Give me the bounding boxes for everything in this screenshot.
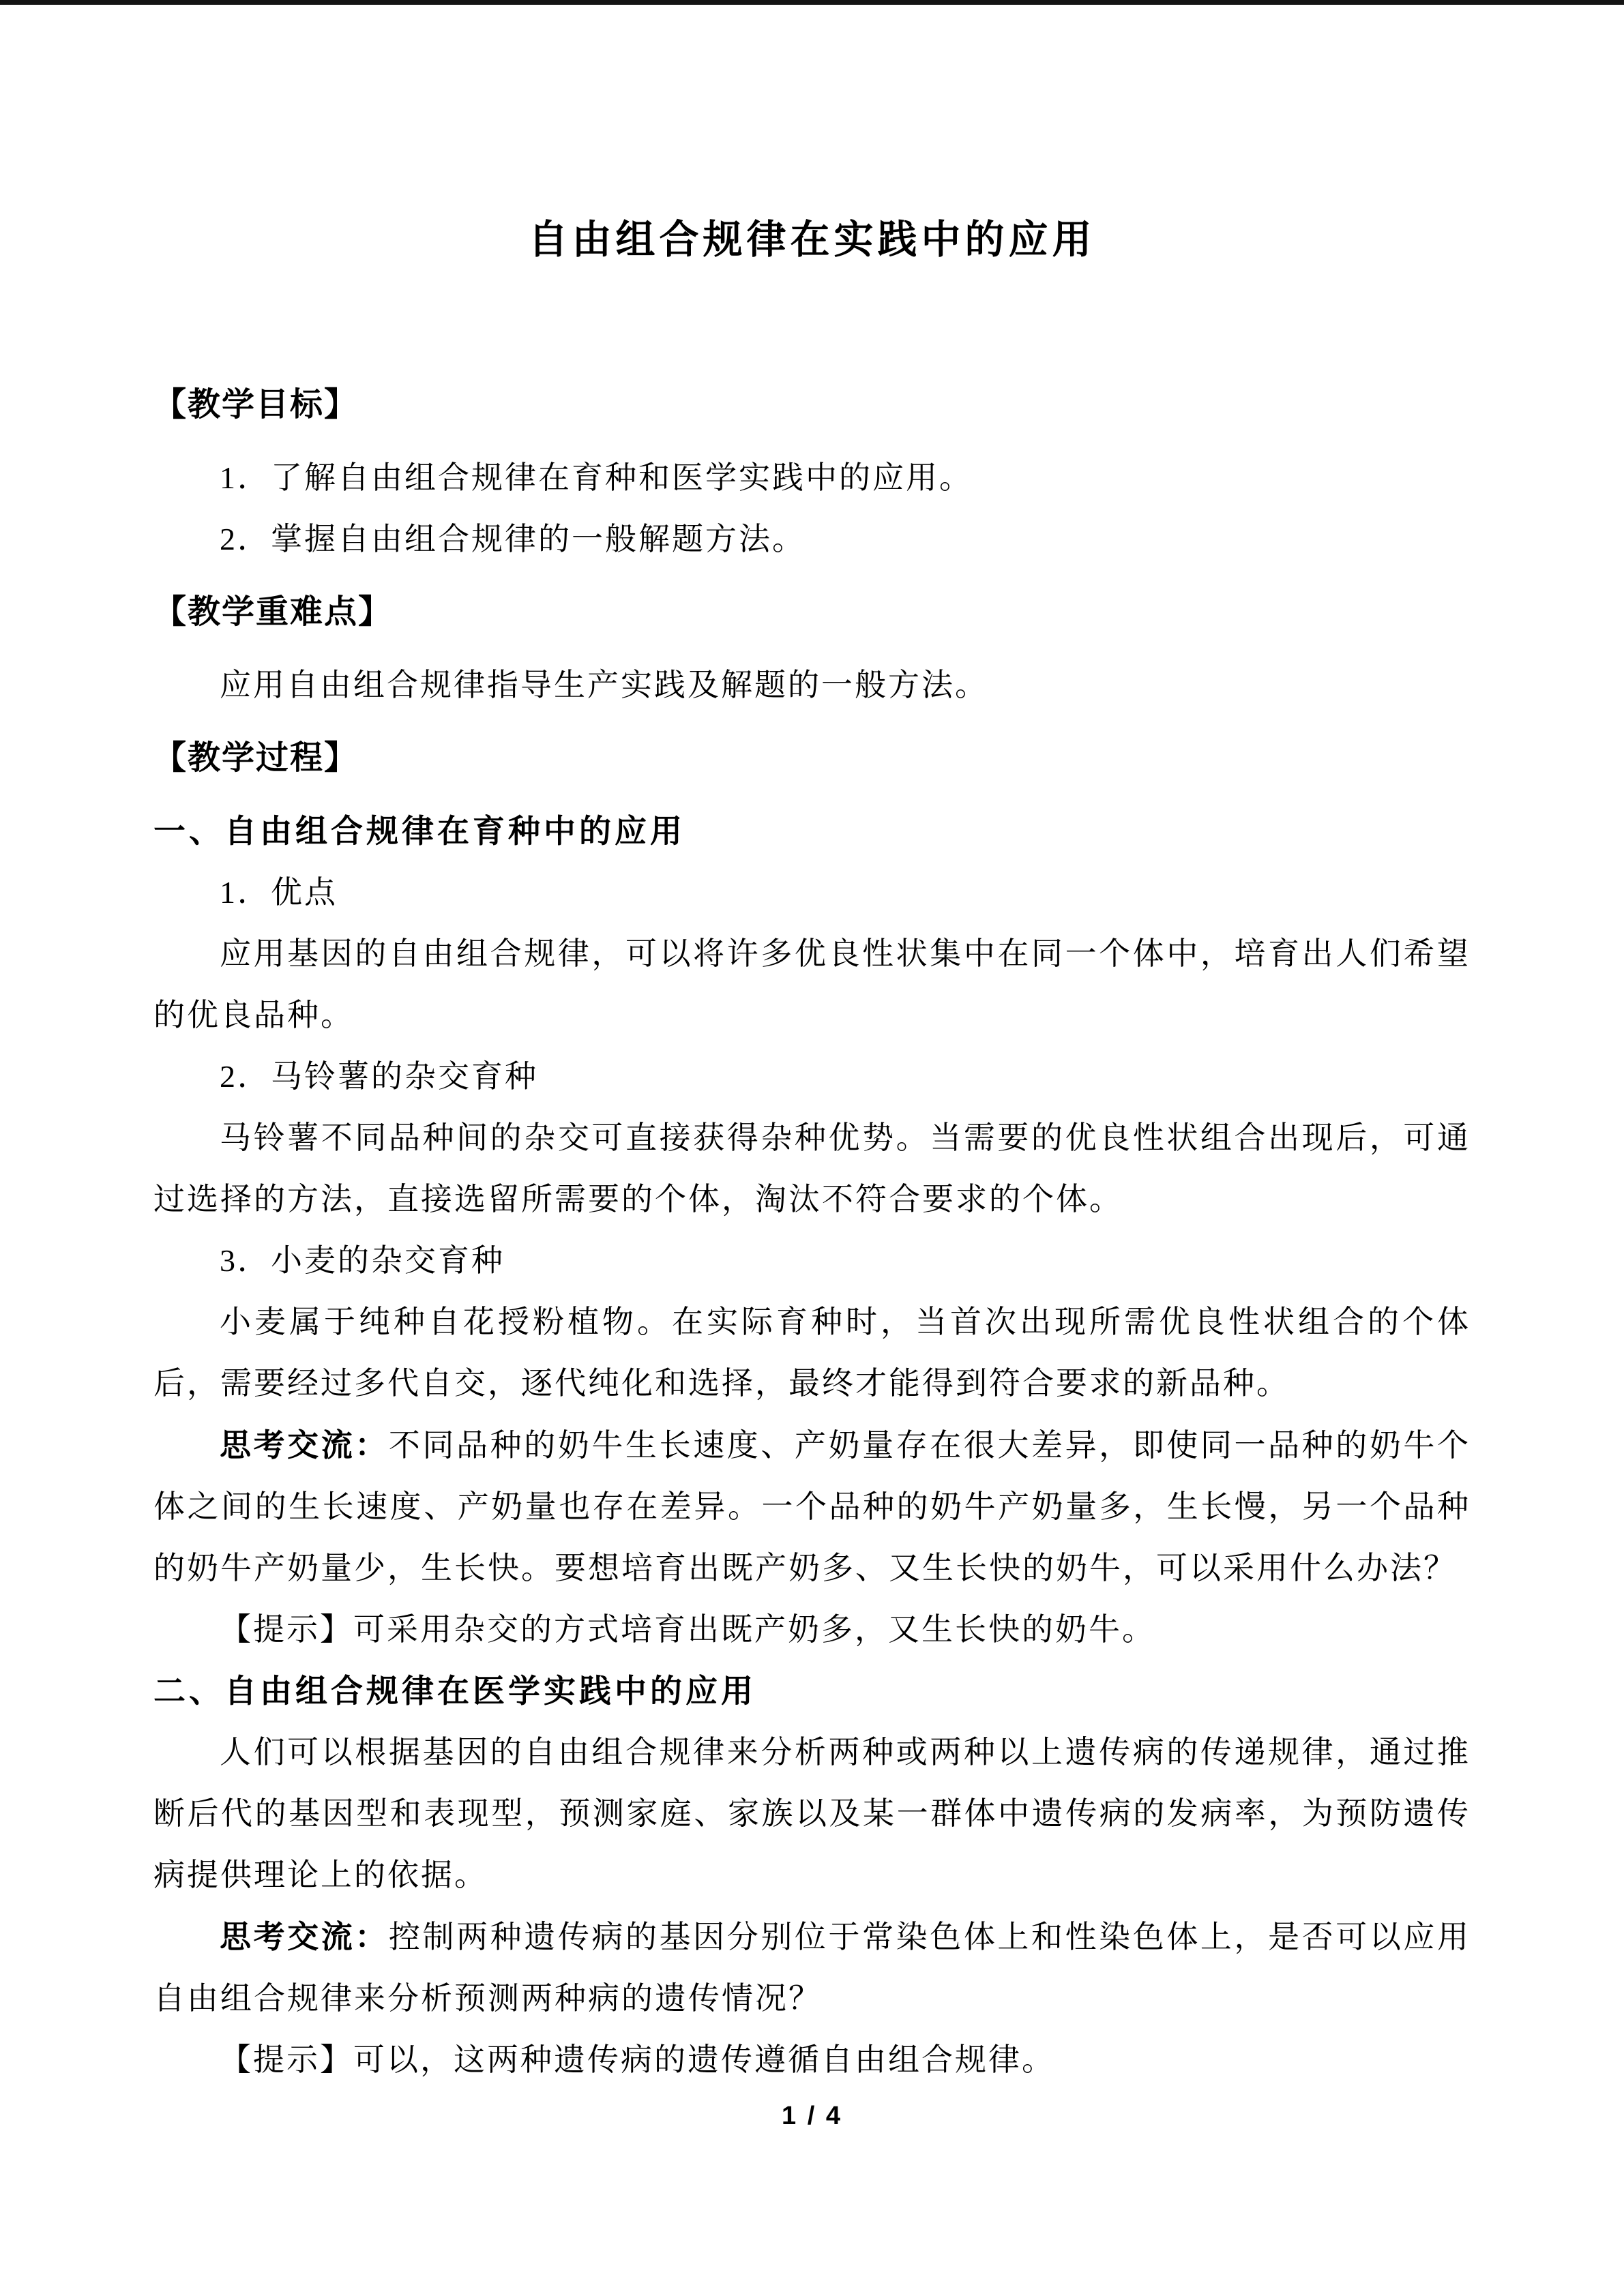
document-page: 自由组合规律在实践中的应用 【教学目标】 1．了解自由组合规律在育种和医学实践中… — [153, 211, 1471, 2091]
objective-item-1: 1．了解自由组合规律在育种和医学实践中的应用。 — [153, 447, 1471, 509]
section-2-heading: 二、自由组合规律在医学实践中的应用 — [153, 1660, 1471, 1722]
discussion-2-paragraph: 思考交流：控制两种遗传病的基因分别位于常染色体上和性染色体上，是否可以应用自由组… — [153, 1906, 1471, 2029]
hint-1-paragraph: 【提示】可采用杂交的方式培育出既产奶多，又生长快的奶牛。 — [153, 1599, 1471, 1660]
objective-item-2: 2．掌握自由组合规律的一般解题方法。 — [153, 509, 1471, 570]
subpoint-3-wheat-breeding: 3．小麦的杂交育种 — [153, 1230, 1471, 1292]
subpoint-1-advantages: 1．优点 — [153, 862, 1471, 923]
window-top-edge — [0, 0, 1624, 5]
discussion-1-lead: 思考交流： — [220, 1427, 389, 1463]
page-number: 1 / 4 — [0, 2102, 1624, 2131]
potato-breeding-paragraph: 马铃薯不同品种间的杂交可直接获得杂种优势。当需要的优良性状组合出现后，可通过选择… — [153, 1107, 1471, 1230]
hint-2-paragraph: 【提示】可以，这两种遗传病的遗传遵循自由组合规律。 — [153, 2029, 1471, 2091]
discussion-1-paragraph: 思考交流：不同品种的奶牛生长速度、产奶量存在很大差异，即使同一品种的奶牛个体之间… — [153, 1414, 1471, 1599]
subpoint-2-potato-breeding: 2．马铃薯的杂交育种 — [153, 1046, 1471, 1107]
medical-application-paragraph: 人们可以根据基因的自由组合规律来分析两种或两种以上遗传病的传递规律，通过推断后代… — [153, 1722, 1471, 1906]
heading-teaching-objectives: 【教学目标】 — [153, 371, 1471, 439]
key-difficulties-text: 应用自由组合规律指导生产实践及解题的一般方法。 — [153, 655, 1471, 716]
advantages-paragraph: 应用基因的自由组合规律，可以将许多优良性状集中在同一个体中，培育出人们希望的优良… — [153, 923, 1471, 1046]
section-1-heading: 一、自由组合规律在育种中的应用 — [153, 801, 1471, 862]
wheat-breeding-paragraph: 小麦属于纯种自花授粉植物。在实际育种时，当首次出现所需优良性状组合的个体后，需要… — [153, 1292, 1471, 1414]
heading-key-difficulties: 【教学重难点】 — [153, 578, 1471, 646]
discussion-2-lead: 思考交流： — [220, 1919, 389, 1954]
document-title: 自由组合规律在实践中的应用 — [153, 211, 1471, 269]
heading-teaching-process: 【教学过程】 — [153, 724, 1471, 792]
